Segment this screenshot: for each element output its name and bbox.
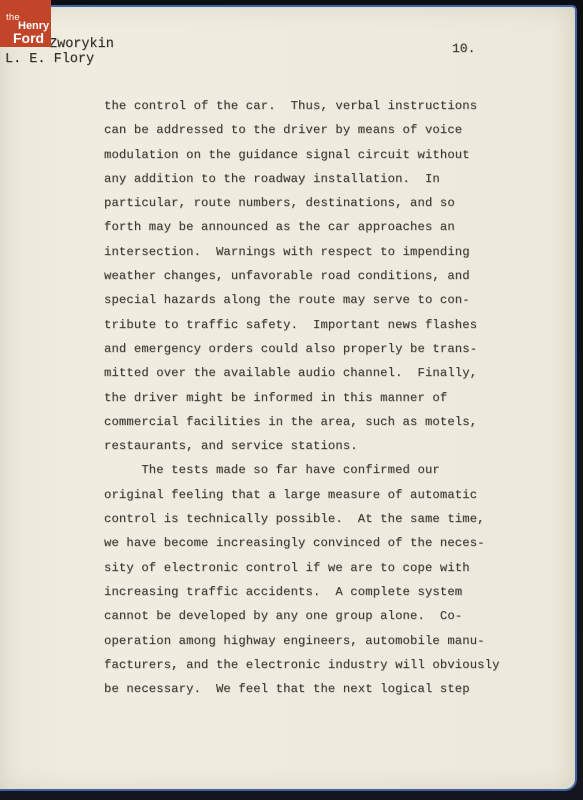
typewritten-line: and emergency orders could also properly… [104,337,524,361]
typewritten-line: facturers, and the electronic industry w… [104,653,524,677]
typewritten-line: the driver might be informed in this man… [104,386,524,410]
typewritten-line: weather changes, unfavorable road condit… [104,264,524,288]
typewritten-line: can be addressed to the driver by means … [104,118,524,142]
page-number: 10. [452,41,475,56]
typewritten-line: particular, route numbers, destinations,… [104,191,524,215]
henry-ford-logo: the Henry Ford [0,0,51,47]
typewritten-line: modulation on the guidance signal circui… [104,143,524,167]
typewritten-line: operation among highway engineers, autom… [104,629,524,653]
author-name-zworykin: Zworykin [49,37,114,52]
paper-sheet: 10. Zworykin L. E. Flory the control of … [0,5,577,791]
typewritten-line: special hazards along the route may serv… [104,288,524,312]
typewritten-line: tribute to traffic safety. Important new… [104,313,524,337]
document-scan: 10. Zworykin L. E. Flory the control of … [0,0,583,800]
typewritten-line: we have become increasingly convinced of… [104,531,524,555]
typewritten-line: mitted over the available audio channel.… [104,361,524,385]
typewritten-line: the control of the car. Thus, verbal ins… [104,94,524,118]
typewritten-line: intersection. Warnings with respect to i… [104,240,524,264]
author-name-flory: L. E. Flory [5,52,94,67]
typewritten-line: be necessary. We feel that the next logi… [104,677,524,701]
henry-ford-logo-ford: Ford [13,31,44,45]
typewritten-line: increasing traffic accidents. A complete… [104,580,524,604]
typewritten-line: The tests made so far have confirmed our [104,458,524,482]
typewritten-line: control is technically possible. At the … [104,507,524,531]
typewritten-line: restaurants, and service stations. [104,434,524,458]
typewritten-line: cannot be developed by any one group alo… [104,604,524,628]
typewritten-text: the control of the car. Thus, verbal ins… [104,94,524,701]
typewritten-line: forth may be announced as the car approa… [104,215,524,239]
typewritten-line: sity of electronic control if we are to … [104,556,524,580]
typewritten-line: commercial facilities in the area, such … [104,410,524,434]
typewritten-line: any addition to the roadway installation… [104,167,524,191]
typewritten-line: original feeling that a large measure of… [104,483,524,507]
